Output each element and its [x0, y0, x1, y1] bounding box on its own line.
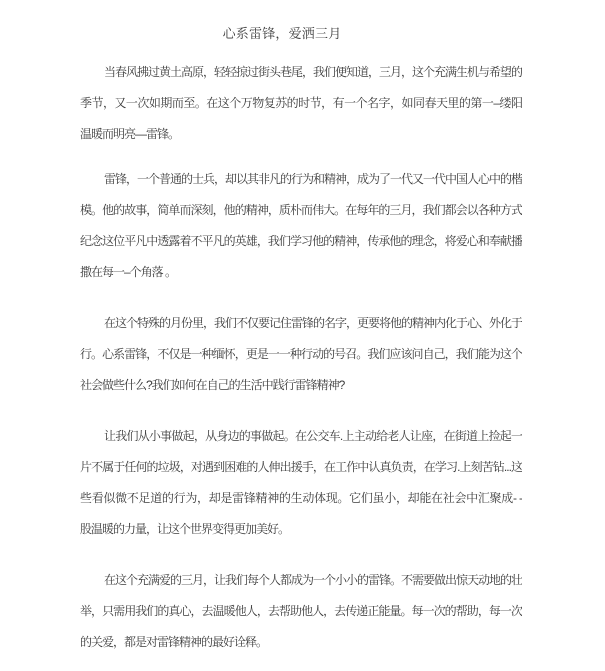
document-title: 心系雷锋，爱洒三月 [61, 18, 503, 49]
paragraph-line: 在这个充满爱的三月，让我们每个人都成为一个小小的雷锋。不需要做出惊天动地的壮 [80, 565, 522, 596]
paragraph-line: 股温暖的力量，让这个世界变得更加美好。 [80, 514, 522, 545]
paragraph-line: 行。心系雷锋，不仅是一种缅怀，更是一一种行动的号召。我们应该问自己，我们能为这个 [80, 339, 522, 370]
paragraph-line: 在这个特殊的月份里，我们不仅要记住雷锋的名字，更要将他的精神内化于心、外化于 [80, 308, 522, 339]
paragraph-line: 雷锋，一个普通的士兵，却以其非凡的行为和精神，成为了一代又一代中国人心中的楷 [80, 164, 522, 195]
paragraph: 让我们从小事做起，从身边的事做起。在公交车.上主动给老人让座，在街道上捡起一片不… [80, 421, 522, 545]
paragraph-line: 撒在每一–个角落 。 [80, 257, 522, 288]
paragraph: 在这个充满爱的三月，让我们每个人都成为一个小小的雷锋。不需要做出惊天动地的壮举，… [80, 565, 522, 658]
document-page: 心系雷锋，爱洒三月 当春风拂过黄土高原，轻轻掠过街头巷尾，我们便知道，三月，这个… [0, 0, 605, 671]
paragraph-line: 当春风拂过黄土高原，轻轻掠过街头巷尾，我们便知道，三月，这个充满生机与希望的 [80, 57, 522, 88]
paragraph-line: 些看似微不足道的行为，却是雷锋精神的生动体现。它们虽小，却能在社会中汇聚成- - [80, 483, 522, 514]
paragraph-line: 温暖而明亮—雷锋。 [80, 119, 522, 150]
paragraph-line: 举，只需用我们的真心，去温暖他人，去帮助他人，去传递正能量。每一次的帮助，每一次 [80, 596, 522, 627]
paragraph-line: 片不属于任何的垃圾，对遇到困难的人伸出援手，在工作中认真负责，在学习.上刻苦钻.… [80, 452, 522, 483]
paragraph: 雷锋，一个普通的士兵，却以其非凡的行为和精神，成为了一代又一代中国人心中的楷模。… [80, 164, 522, 288]
paragraph-line: 纪念这位平凡中透露着不平凡的英雄，我们学习他的精神，传承他的理念，将爱心和奉献播 [80, 226, 522, 257]
paragraph-line: 的关爱，都是对雷锋精神的最好诠释。 [80, 627, 522, 658]
paragraph-line: 季节，又一次如期而至。在这个万物复苏的时节，有一个名字，如同春天里的第一–缕阳光… [80, 88, 522, 119]
paragraph-line: 社会做些什么?我们如何在自己的生活中践行雷锋精神? [80, 370, 522, 401]
paragraph-line: 模。他的故事，简单而深刻，他的精神，质朴而伟大。在每年的三月，我们都会以各种方式 [80, 195, 522, 226]
paragraph-line: 让我们从小事做起，从身边的事做起。在公交车.上主动给老人让座，在街道上捡起一 [80, 421, 522, 452]
document-body: 当春风拂过黄土高原，轻轻掠过街头巷尾，我们便知道，三月，这个充满生机与希望的季节… [80, 57, 522, 658]
paragraph: 在这个特殊的月份里，我们不仅要记住雷锋的名字，更要将他的精神内化于心、外化于行。… [80, 308, 522, 401]
paragraph: 当春风拂过黄土高原，轻轻掠过街头巷尾，我们便知道，三月，这个充满生机与希望的季节… [80, 57, 522, 150]
